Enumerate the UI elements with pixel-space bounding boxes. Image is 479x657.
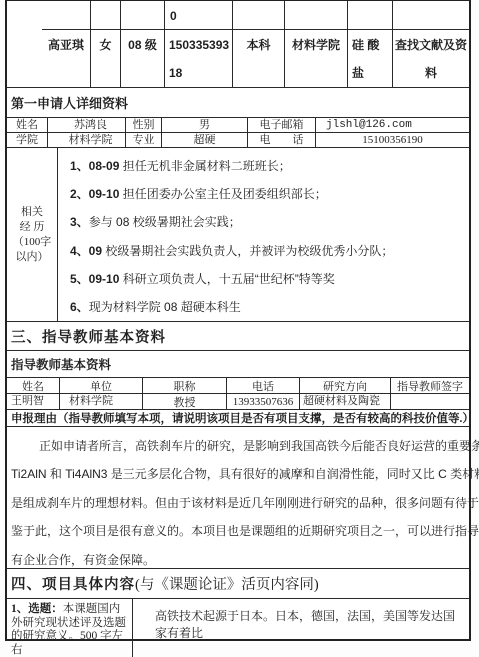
advisor-h-signature: 指导教师签字 <box>390 378 469 393</box>
advisor-direction: 超硬材料及陶瓷 <box>299 394 390 409</box>
advisor-signature <box>390 394 469 409</box>
member-spanner-cell <box>7 1 42 87</box>
content-title-rest: (与《课题论证》活页内容同) <box>135 573 319 594</box>
applicant-college: 材料学院 <box>47 133 125 147</box>
college-label: 学院 <box>7 133 47 147</box>
phone-tail-cell: 0 <box>164 1 232 29</box>
experience-list: 1、08-09 担任无机非金属材料二班班长； 2、09-10 担任团委办公室主任… <box>57 148 469 321</box>
application-form-page: 0 高亚琪 女 08 级 15033539318 本科 材料学院 硅 酸 盐 查… <box>5 0 471 641</box>
advisor-h-unit: 单位 <box>59 378 142 393</box>
experience-item: 6、现为材料学院 08 超硬本科生 <box>70 293 465 321</box>
advisor-h-phone: 电话 <box>226 378 299 393</box>
topic-row: 1、选题：本课题国内外研究现状述评及选题的研究意义。500 字左右 高铁技术起源… <box>7 599 469 657</box>
reason-label: 申报理由（指导教师填写本项，请说明该项目是否有项目支撑，是否有较高的科技价值等.… <box>7 410 469 427</box>
member-college: 材料学院 <box>284 30 347 87</box>
experience-item: 5、09-10 科研立项负责人，十五届“世纪杯”特等奖 <box>70 265 465 293</box>
reason-body: 正如申请者所言，高铁刹车片的研究，是影响到我国高铁今后能否良好运营的重要条件之一… <box>7 427 469 569</box>
advisor-subtitle: 指导教师基本资料 <box>7 351 469 378</box>
member-name: 高亚琪 <box>42 30 90 87</box>
major-label: 专业 <box>125 133 161 147</box>
experience-row: 相关 经 历 （100字 以内） 1、08-09 担任无机非金属材料二班班长； … <box>7 148 469 322</box>
content-title-bold: 四、项目具体内容 <box>11 573 135 594</box>
topic-body-cell: 高铁技术起源于日本。日本，德国，法国，美国等发达国家有着比 <box>132 599 469 657</box>
experience-item: 2、09-10 担任团委办公室主任及团委组织部长； <box>70 180 465 208</box>
member-degree: 本科 <box>232 30 284 87</box>
advisor-header-row: 姓名 单位 职称 电话 研究方向 指导教师签字 <box>7 378 469 394</box>
advisor-phone: 13933507636 <box>226 394 299 409</box>
experience-item: 4、09 校级暑期社会实践负责人，并被评为校级优秀小分队； <box>70 237 465 265</box>
advisor-section-title: 三、指导教师基本资料 <box>7 322 469 351</box>
member-row-partial: 0 <box>42 1 469 30</box>
advisor-unit: 材料学院 <box>59 394 142 409</box>
member-table: 0 高亚琪 女 08 级 15033539318 本科 材料学院 硅 酸 盐 查… <box>7 1 469 88</box>
applicant-gender: 男 <box>161 118 247 132</box>
email-label: 电子邮箱 <box>247 118 315 132</box>
applicant-name: 苏鸿良 <box>47 118 125 132</box>
advisor-name: 王明智 <box>7 394 59 409</box>
applicant-phone: 15100356190 <box>315 133 469 147</box>
phone-label: 电 话 <box>247 133 315 147</box>
reason-line: 是组成刹车片的理想材料。但由于该材料是近几年刚刚进行研究的品种，很多问题有待于解… <box>11 489 465 517</box>
applicant-section-title: 第一申请人详细资料 <box>7 88 469 118</box>
advisor-title: 教授 <box>142 394 226 409</box>
experience-item: 3、参与 08 校级暑期社会实践； <box>70 208 465 236</box>
member-row: 高亚琪 女 08 级 15033539318 本科 材料学院 硅 酸 盐 查找文… <box>42 30 469 87</box>
applicant-major: 超硬 <box>161 133 247 147</box>
experience-label: 相关 经 历 （100字 以内） <box>7 148 57 321</box>
advisor-h-title: 职称 <box>142 378 226 393</box>
member-gender: 女 <box>90 30 120 87</box>
gender-label: 性别 <box>125 118 161 132</box>
reason-line: 正如申请者所言，高铁刹车片的研究，是影响到我国高铁今后能否良好运营的重要条件之一… <box>11 432 465 460</box>
applicant-row-2: 学院 材料学院 专业 超硬 电 话 15100356190 <box>7 133 469 148</box>
member-phone: 15033539318 <box>164 30 232 87</box>
reason-line: 鉴于此，这个项目是很有意义的。本项目也是课题组的近期研究项目之一，可以进行指导，… <box>11 517 465 545</box>
experience-item: 1、08-09 担任无机非金属材料二班班长； <box>70 152 465 180</box>
topic-label-cell: 1、选题：本课题国内外研究现状述评及选题的研究意义。500 字左右 <box>7 599 132 657</box>
member-major: 硅 酸 盐 <box>347 30 392 87</box>
applicant-email: jlshl@126.com <box>315 118 469 132</box>
content-section-title: 四、项目具体内容(与《课题论证》活页内容同) <box>7 569 469 599</box>
advisor-h-direction: 研究方向 <box>299 378 390 393</box>
reason-line: Ti2AlN 和 Ti4AlN3 是三元多层化合物，具有很好的减摩和自润滑性能，… <box>11 460 465 488</box>
advisor-h-name: 姓名 <box>7 378 59 393</box>
member-duty: 查找文献及资料 <box>392 30 469 87</box>
member-grade: 08 级 <box>120 30 164 87</box>
applicant-row-1: 姓名 苏鸿良 性别 男 电子邮箱 jlshl@126.com <box>7 118 469 133</box>
advisor-data-row: 王明智 材料学院 教授 13933507636 超硬材料及陶瓷 <box>7 394 469 410</box>
name-label: 姓名 <box>7 118 47 132</box>
